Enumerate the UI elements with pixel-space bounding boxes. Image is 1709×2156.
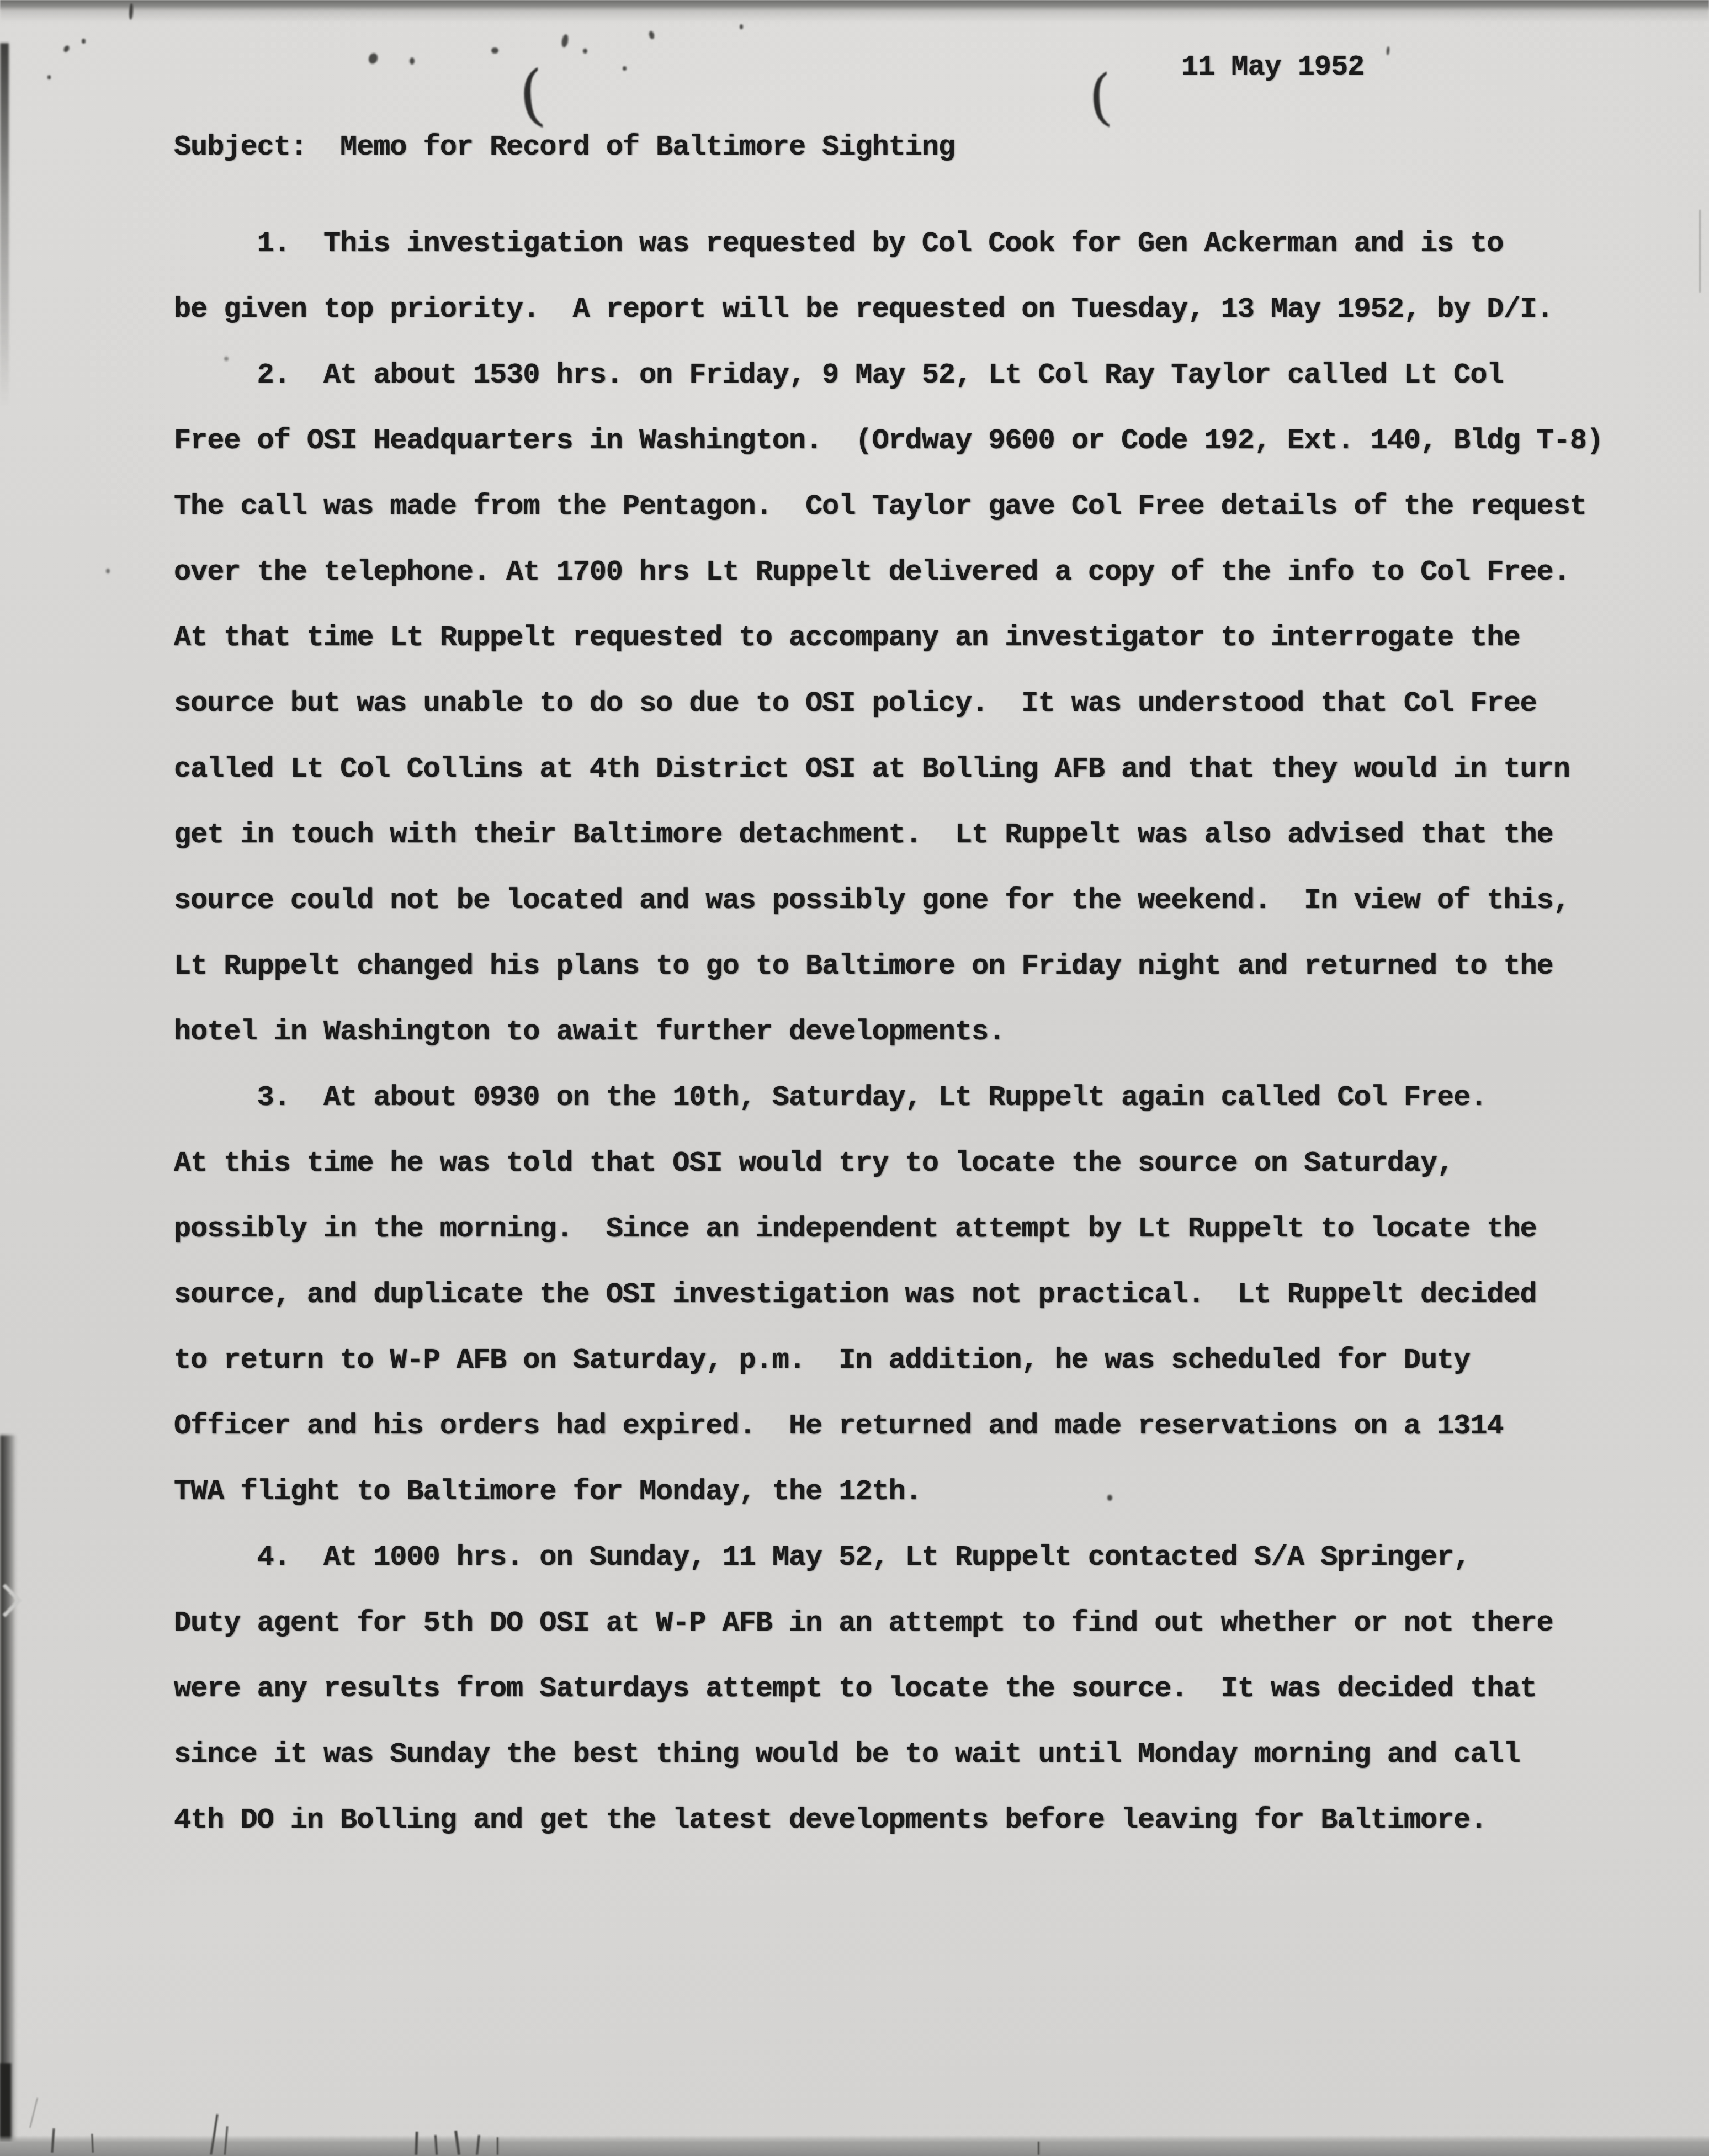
text-line: over the telephone. At 1700 hrs Lt Ruppe… [174, 539, 1603, 605]
scan-left-edge-shadow-top [0, 43, 9, 407]
text-line: 2. At about 1530 hrs. on Friday, 9 May 5… [174, 342, 1603, 408]
text-line: get in touch with their Baltimore detach… [174, 802, 1603, 868]
ink-speckle [648, 30, 655, 40]
ink-speckle [62, 45, 70, 54]
ink-speckle [740, 24, 743, 29]
text-line: to return to W-P AFB on Saturday, p.m. I… [174, 1327, 1603, 1393]
scanned-memo-page: ( ( 11 May 1952 Subject: Memo for Record… [0, 0, 1709, 2156]
document-body: 1. This investigation was requested by C… [174, 211, 1603, 1853]
scan-streak [497, 2137, 498, 2155]
text-line: 4th DO in Bolling and get the latest dev… [174, 1787, 1603, 1853]
text-line: Duty agent for 5th DO OSI at W-P AFB in … [174, 1590, 1603, 1656]
ink-speckle [367, 52, 379, 65]
text-line: TWA flight to Baltimore for Monday, the … [174, 1459, 1603, 1525]
scan-bottom-edge-band [0, 2135, 1709, 2156]
stray-paren-mark: ( [1087, 61, 1114, 133]
text-line: be given top priority. A report will be … [174, 277, 1603, 342]
text-line: Lt Ruppelt changed his plans to go to Ba… [174, 933, 1603, 999]
text-line: possibly in the morning. Since an indepe… [174, 1196, 1603, 1262]
text-line: Free of OSI Headquarters in Washington. … [174, 408, 1603, 474]
text-line: since it was Sunday the best thing would… [174, 1722, 1603, 1787]
ink-speckle [1107, 1495, 1112, 1501]
text-line: were any results from Saturdays attempt … [174, 1656, 1603, 1722]
scan-right-edge-hairline [1699, 210, 1701, 293]
text-line: The call was made from the Pentagon. Col… [174, 474, 1603, 539]
text-line: 1. This investigation was requested by C… [174, 211, 1603, 277]
ink-speckle [106, 569, 110, 573]
text-line: source, and duplicate the OSI investigat… [174, 1262, 1603, 1327]
text-line: 3. At about 0930 on the 10th, Saturday, … [174, 1065, 1603, 1130]
text-line: source could not be located and was poss… [174, 868, 1603, 933]
ink-speckle [82, 39, 86, 44]
text-line: Officer and his orders had expired. He r… [174, 1393, 1603, 1459]
scan-top-edge-smudge [0, 8, 1709, 22]
ink-speckle [410, 57, 415, 65]
date-line: 11 May 1952 [1181, 34, 1364, 100]
ink-speckle [1386, 46, 1389, 55]
ink-speckle [491, 47, 498, 54]
subject-line: Subject: Memo for Record of Baltimore Si… [174, 114, 955, 180]
text-line: hotel in Washington to await further dev… [174, 999, 1603, 1065]
ink-speckle [47, 75, 51, 79]
text-line: At that time Lt Ruppelt requested to acc… [174, 605, 1603, 671]
text-line: At this time he was told that OSI would … [174, 1130, 1603, 1196]
text-line: source but was unable to do so due to OS… [174, 671, 1603, 736]
scan-streak [29, 2098, 38, 2128]
ink-speckle [561, 34, 569, 48]
text-line: called Lt Col Collins at 4th District OS… [174, 736, 1603, 802]
ink-speckle [583, 49, 587, 54]
scan-streak [1038, 2142, 1039, 2155]
ink-speckle [224, 357, 229, 361]
ink-speckle [623, 66, 627, 71]
scan-left-edge-shadow-bottom [0, 1435, 17, 2156]
text-line: 4. At 1000 hrs. on Sunday, 11 May 52, Lt… [174, 1525, 1603, 1590]
